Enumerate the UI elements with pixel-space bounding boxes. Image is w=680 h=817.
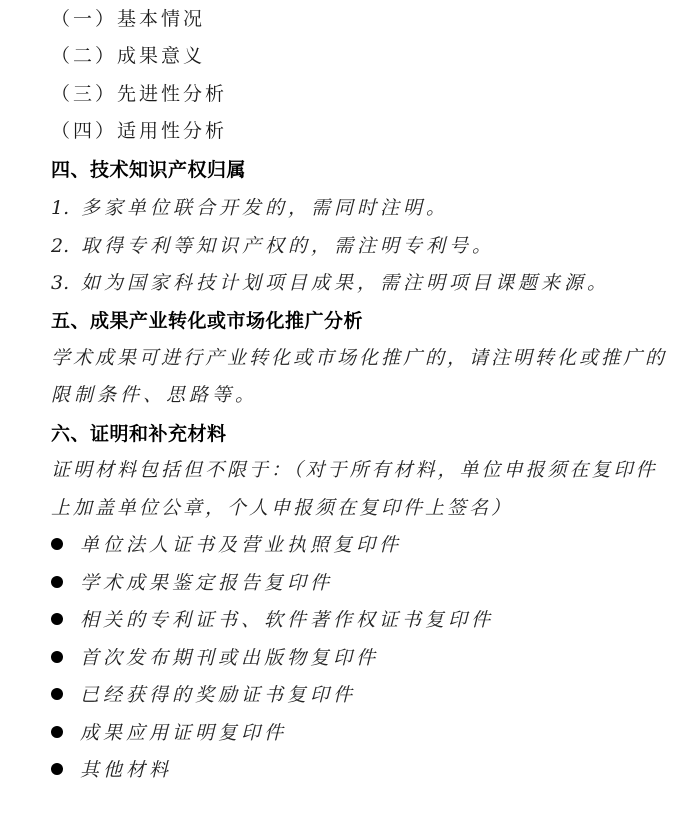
bullet-item: 首次发布期刊或出版物复印件 xyxy=(51,644,379,672)
bullet-text: 相关的专利证书、软件著作权证书复印件 xyxy=(80,609,494,631)
subsection-applicability: （四）适用性分析 xyxy=(51,117,227,145)
bullet-text: 首次发布期刊或出版物复印件 xyxy=(80,647,379,669)
item-number: 2. xyxy=(51,232,81,260)
list-item: 2.取得专利等知识产权的，需注明专利号。 xyxy=(51,232,495,260)
bullet-text: 成果应用证明复印件 xyxy=(80,722,287,744)
bullet-item: 相关的专利证书、软件著作权证书复印件 xyxy=(51,606,494,634)
bullet-icon xyxy=(51,576,63,588)
subsection-significance: （二）成果意义 xyxy=(51,42,205,70)
section-heading-supporting-materials: 六、证明和补充材料 xyxy=(51,420,227,448)
bullet-item: 已经获得的奖励证书复印件 xyxy=(51,681,356,709)
paragraph-line: 限制条件、思路等。 xyxy=(51,381,258,409)
bullet-icon xyxy=(51,538,63,550)
paragraph-line: 学术成果可进行产业转化或市场化推广的，请注明转化或推广的 xyxy=(51,344,667,372)
item-number: 1. xyxy=(51,194,81,222)
bullet-icon xyxy=(51,763,63,775)
bullet-text: 其他材料 xyxy=(80,759,172,781)
item-text: 多家单位联合开发的，需同时注明。 xyxy=(81,197,449,219)
bullet-icon xyxy=(51,688,63,700)
list-item: 3.如为国家科技计划项目成果，需注明项目课题来源。 xyxy=(51,269,610,297)
paragraph-line: 上加盖单位公章，个人申报须在复印件上签名） xyxy=(51,494,513,522)
list-item: 1.多家单位联合开发的，需同时注明。 xyxy=(51,194,449,222)
subsection-basic-info: （一）基本情况 xyxy=(51,5,205,33)
bullet-text: 单位法人证书及营业执照复印件 xyxy=(80,534,402,556)
subsection-advancement: （三）先进性分析 xyxy=(51,80,227,108)
bullet-item: 单位法人证书及营业执照复印件 xyxy=(51,531,402,559)
item-text: 取得专利等知识产权的，需注明专利号。 xyxy=(81,235,495,257)
bullet-item: 学术成果鉴定报告复印件 xyxy=(51,569,333,597)
section-heading-ip: 四、技术知识产权归属 xyxy=(51,156,246,184)
item-number: 3. xyxy=(51,269,81,297)
bullet-text: 学术成果鉴定报告复印件 xyxy=(80,572,333,594)
bullet-icon xyxy=(51,651,63,663)
paragraph-line: 证明材料包括但不限于：（对于所有材料，单位申报须在复印件 xyxy=(51,456,658,484)
bullet-item: 成果应用证明复印件 xyxy=(51,719,287,747)
bullet-item: 其他材料 xyxy=(51,756,172,784)
bullet-text: 已经获得的奖励证书复印件 xyxy=(80,684,356,706)
item-text: 如为国家科技计划项目成果，需注明项目课题来源。 xyxy=(81,272,610,294)
bullet-icon xyxy=(51,613,63,625)
bullet-icon xyxy=(51,726,63,738)
section-heading-commercialization: 五、成果产业转化或市场化推广分析 xyxy=(51,307,363,335)
